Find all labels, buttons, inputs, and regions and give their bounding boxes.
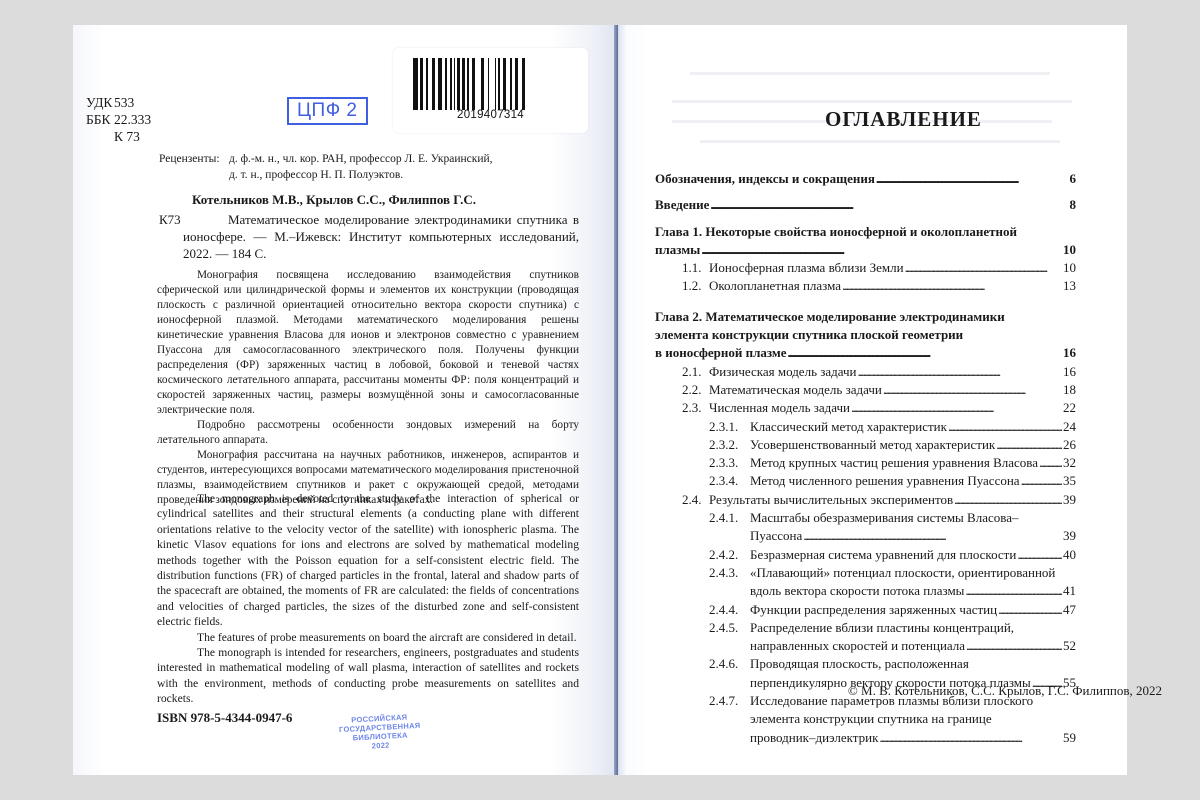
toc-line: Метод численного решения уравнения Пуасс…	[750, 472, 1076, 490]
dot-leader	[1039, 454, 1062, 472]
class-key	[86, 128, 114, 145]
toc-line: Физическая модель задачи16	[709, 363, 1076, 381]
toc-number: 2.3.	[682, 399, 702, 417]
toc-number: 2.3.3.	[709, 454, 738, 472]
toc-title-text: вдоль вектора скорости потока плазмы	[750, 582, 964, 600]
toc-page-number: 10	[1063, 241, 1076, 259]
barcode-bar	[432, 58, 435, 110]
toc-page-number: 6	[1070, 170, 1077, 188]
dot-leader	[1017, 546, 1062, 564]
toc-line: Функции распределения заряженных частиц4…	[750, 601, 1076, 619]
toc-title-text: Безразмерная система уравнений для плоск…	[750, 546, 1016, 564]
toc-line: Ионосферная плазма вблизи Земли10	[709, 259, 1076, 277]
toc-page-number: 32	[1063, 454, 1076, 472]
toc-line: вдоль вектора скорости потока плазмы41	[750, 582, 1076, 600]
reviewer-line: д. т. н., профессор Н. П. Полуэктов.	[229, 167, 589, 183]
barcode-label: 2019407314	[393, 48, 588, 133]
toc-line: Классический метод характеристик24	[750, 418, 1076, 436]
dot-leader	[883, 381, 1062, 399]
class-value: 22.333	[114, 111, 151, 128]
barcode-bar	[510, 58, 512, 110]
toc-chapter: Глава 2. Математическое моделирование эл…	[655, 308, 1076, 363]
dot-leader	[1021, 472, 1062, 490]
toc-title-text: Введение	[655, 196, 709, 214]
toc-line: проводник–диэлектрик59	[750, 729, 1076, 747]
toc-line: Масштабы обезразмеривания системы Власов…	[750, 509, 1076, 527]
barcode-icon	[413, 58, 571, 110]
author-mark-row: К 73	[86, 128, 151, 145]
toc-section: 2.3.4.Метод численного решения уравнения…	[655, 472, 1076, 490]
toc-page-number: 10	[1063, 259, 1076, 277]
toc-line: Глава 1. Некоторые свойства ионосферной …	[655, 223, 1076, 241]
toc-section: 2.4.2.Безразмерная система уравнений для…	[655, 546, 1076, 564]
toc-line: Исследование параметров плазмы вблизи пл…	[750, 692, 1076, 710]
toc-line: Глава 2. Математическое моделирование эл…	[655, 308, 1076, 326]
toc-line: Численная модель задачи22	[709, 399, 1076, 417]
toc-page-number: 59	[1063, 729, 1076, 747]
toc-number: 2.2.	[682, 381, 702, 399]
barcode-bar	[467, 58, 469, 110]
toc-section: 2.4.Результаты вычислительных эксперимен…	[655, 491, 1076, 509]
abstract-paragraph: The monograph is intended for researcher…	[157, 645, 579, 707]
toc-page-number: 26	[1063, 436, 1076, 454]
barcode-bar	[454, 58, 456, 110]
toc-line: Введение8	[655, 196, 1076, 214]
toc-page-number: 52	[1063, 637, 1076, 655]
barcode-bar	[503, 58, 506, 110]
dot-leader	[803, 527, 1062, 545]
toc-line: плазмы10	[655, 241, 1076, 259]
toc-line: в ионосферной плазме16	[655, 344, 1076, 362]
toc-title-text: Пуассона	[750, 527, 802, 545]
dot-leader	[948, 418, 1062, 436]
barcode-bar	[495, 58, 497, 110]
toc-number: 2.4.1.	[709, 509, 738, 527]
toc-page-number: 35	[1063, 472, 1076, 490]
udk-row: УДК 533	[86, 94, 151, 111]
show-through	[700, 140, 1060, 143]
toc-number: 2.4.3.	[709, 564, 738, 582]
toc-title: ОГЛАВЛЕНИЕ	[620, 107, 1127, 132]
toc-line: элемента конструкции спутника на границе	[750, 710, 1076, 728]
toc-section: 2.4.6.Проводящая плоскость, расположенна…	[655, 655, 1076, 692]
toc-section: 2.4.5.Распределение вблизи пластины конц…	[655, 619, 1076, 656]
barcode-bar	[445, 58, 447, 110]
toc-section: 2.3.Численная модель задачи22	[655, 399, 1076, 417]
toc-title-text: в ионосферной плазме	[655, 344, 787, 362]
bbk-row: ББК 22.333	[86, 111, 151, 128]
library-stamp: РОССИЙСКАЯ ГОСУДАРСТВЕННАЯ БИБЛИОТЕКА 20…	[329, 711, 431, 752]
barcode-bar	[426, 58, 428, 110]
toc-page-number: 16	[1063, 344, 1076, 362]
toc-number: 2.4.4.	[709, 601, 738, 619]
toc-title-text: Математическая модель задачи	[709, 381, 882, 399]
dot-leader	[954, 491, 1062, 509]
toc-section: 2.3.1.Классический метод характеристик24	[655, 418, 1076, 436]
toc-page-number: 55	[1063, 674, 1076, 692]
toc-section: 2.2.Математическая модель задачи18	[655, 381, 1076, 399]
toc-number: 2.4.	[682, 491, 702, 509]
toc-title-text: Результаты вычислительных экспериментов	[709, 491, 953, 509]
dot-leader	[842, 277, 1062, 295]
toc-line: Безразмерная система уравнений для плоск…	[750, 546, 1076, 564]
barcode-bar	[450, 58, 452, 110]
dot-leader	[966, 637, 1062, 655]
abstract-paragraph: The features of probe measurements on bo…	[157, 630, 579, 645]
toc-line: Околопланетная плазма13	[709, 277, 1076, 295]
toc-title-text: проводник–диэлектрик	[750, 729, 878, 747]
barcode-bar	[515, 58, 518, 110]
barcode-bar	[488, 58, 490, 110]
toc-section: 2.1.Физическая модель задачи16	[655, 363, 1076, 381]
catalog-code: К73	[159, 212, 181, 228]
toc-number: 2.4.2.	[709, 546, 738, 564]
toc-page-number: 18	[1063, 381, 1076, 399]
toc-line: Усовершенствованный метод характеристик2…	[750, 436, 1076, 454]
toc-title-text: Функции распределения заряженных частиц	[750, 601, 997, 619]
toc-line: элемента конструкции спутника плоской ге…	[655, 326, 1076, 344]
abstract-paragraph: Монография посвящена исследованию взаимо…	[157, 268, 579, 418]
abstract-english: The monograph is devoted to the study of…	[157, 491, 579, 707]
class-key: УДК	[86, 94, 114, 111]
toc-page-number: 24	[1063, 418, 1076, 436]
class-key: ББК	[86, 111, 114, 128]
toc-page-number: 41	[1063, 582, 1076, 600]
toc-number: 2.3.4.	[709, 472, 738, 490]
toc-section: 2.4.1.Масштабы обезразмеривания системы …	[655, 509, 1076, 546]
toc-line: Проводящая плоскость, расположенная	[750, 655, 1076, 673]
barcode-bar	[522, 58, 525, 110]
toc-number: 2.4.7.	[709, 692, 738, 710]
reviewers-label: Рецензенты:	[159, 151, 220, 167]
dot-leader	[879, 729, 1062, 747]
toc-title-text: направленных скоростей и потенциала	[750, 637, 965, 655]
toc-section: 2.3.2.Усовершенствованный метод характер…	[655, 436, 1076, 454]
barcode-bar	[462, 58, 465, 110]
toc-title-text: Обозначения, индексы и сокращения	[655, 170, 875, 188]
abstract-paragraph: Подробно рассмотрены особенности зондовы…	[157, 418, 579, 448]
toc-title-text: Классический метод характеристик	[750, 418, 947, 436]
dot-leader	[788, 344, 1062, 362]
toc-number: 2.3.2.	[709, 436, 738, 454]
toc-title-text: плазмы	[655, 241, 700, 259]
toc-line: «Плавающий» потенциал плоскости, ориенти…	[750, 564, 1076, 582]
dot-leader	[996, 436, 1062, 454]
toc-title-text: Ионосферная плазма вблизи Земли	[709, 259, 904, 277]
cpf-stamp: ЦПФ 2	[287, 97, 368, 125]
toc-page-number: 13	[1063, 277, 1076, 295]
toc-section: 2.4.3.«Плавающий» потенциал плоскости, о…	[655, 564, 1076, 601]
toc-line: Метод крупных частиц решения уравнения В…	[750, 454, 1076, 472]
class-value: К 73	[114, 128, 140, 145]
toc-page-number: 39	[1063, 491, 1076, 509]
toc-line: Результаты вычислительных экспериментов3…	[709, 491, 1076, 509]
toc-page-number: 8	[1070, 196, 1077, 214]
toc-section: 1.1.Ионосферная плазма вблизи Земли10	[655, 259, 1076, 277]
barcode-bar	[420, 58, 423, 110]
toc-number: 2.3.1.	[709, 418, 738, 436]
toc-number: 2.1.	[682, 363, 702, 381]
isbn: ISBN 978-5-4344-0947-6	[157, 710, 292, 726]
dot-leader	[701, 241, 1062, 259]
show-through	[672, 100, 1072, 103]
toc-title-text: Метод численного решения уравнения Пуасс…	[750, 472, 1020, 490]
toc-chapter: Обозначения, индексы и сокращения6	[655, 170, 1076, 188]
dot-leader	[710, 196, 1068, 214]
dot-leader	[998, 601, 1062, 619]
toc-section: 1.2.Околопланетная плазма13	[655, 277, 1076, 295]
abstract-paragraph: The monograph is devoted to the study of…	[157, 491, 579, 630]
barcode-bar	[498, 58, 500, 110]
toc-page-number: 47	[1063, 601, 1076, 619]
toc-line: направленных скоростей и потенциала52	[750, 637, 1076, 655]
toc-page-number: 40	[1063, 546, 1076, 564]
toc-title-text: перпендикулярно вектору скорости потока …	[750, 674, 1031, 692]
toc-line: перпендикулярно вектору скорости потока …	[750, 674, 1076, 692]
toc-page-number: 22	[1063, 399, 1076, 417]
class-value: 533	[114, 94, 134, 111]
dot-leader	[851, 399, 1062, 417]
toc-page-number: 39	[1063, 527, 1076, 545]
dot-leader	[905, 259, 1062, 277]
toc-chapter: Глава 1. Некоторые свойства ионосферной …	[655, 223, 1076, 260]
toc-page-number: 16	[1063, 363, 1076, 381]
book-spine	[614, 25, 618, 775]
toc-number: 1.1.	[682, 259, 702, 277]
authors: Котельников М.В., Крылов С.С., Филиппов …	[192, 192, 476, 208]
barcode-number: 2019407314	[393, 109, 588, 121]
toc-number: 1.2.	[682, 277, 702, 295]
reviewer-line: д. ф.-м. н., чл. кор. РАН, профессор Л. …	[229, 151, 589, 167]
toc-section: 2.4.4.Функции распределения заряженных ч…	[655, 601, 1076, 619]
classification-block: УДК 533 ББК 22.333 К 73	[86, 94, 151, 145]
dot-leader	[876, 170, 1069, 188]
bibliographic-entry: Математическое моделирование электродина…	[183, 211, 579, 262]
table-of-contents: Обозначения, индексы и сокращения6Введен…	[655, 170, 1076, 747]
toc-chapter: Введение8	[655, 196, 1076, 214]
toc-line: Пуассона39	[750, 527, 1076, 545]
abstract-russian: Монография посвящена исследованию взаимо…	[157, 268, 579, 508]
barcode-bar	[481, 58, 484, 110]
toc-line: Математическая модель задачи18	[709, 381, 1076, 399]
toc-title-text: Околопланетная плазма	[709, 277, 841, 295]
dot-leader	[965, 582, 1062, 600]
barcode-bar	[457, 58, 460, 110]
barcode-bar	[438, 58, 441, 110]
toc-section: 2.3.3.Метод крупных частиц решения уравн…	[655, 454, 1076, 472]
toc-line: Распределение вблизи пластины концентрац…	[750, 619, 1076, 637]
dot-leader	[1032, 674, 1062, 692]
toc-title-text: Численная модель задачи	[709, 399, 850, 417]
barcode-bar	[413, 58, 418, 110]
toc-number: 2.4.6.	[709, 655, 738, 673]
toc-title-text: Метод крупных частиц решения уравнения В…	[750, 454, 1038, 472]
toc-line: Обозначения, индексы и сокращения6	[655, 170, 1076, 188]
toc-title-text: Физическая модель задачи	[709, 363, 857, 381]
show-through	[690, 72, 1050, 75]
toc-section: 2.4.7.Исследование параметров плазмы вбл…	[655, 692, 1076, 747]
toc-number: 2.4.5.	[709, 619, 738, 637]
barcode-bar	[472, 58, 475, 110]
toc-title-text: Усовершенствованный метод характеристик	[750, 436, 995, 454]
dot-leader	[858, 363, 1062, 381]
